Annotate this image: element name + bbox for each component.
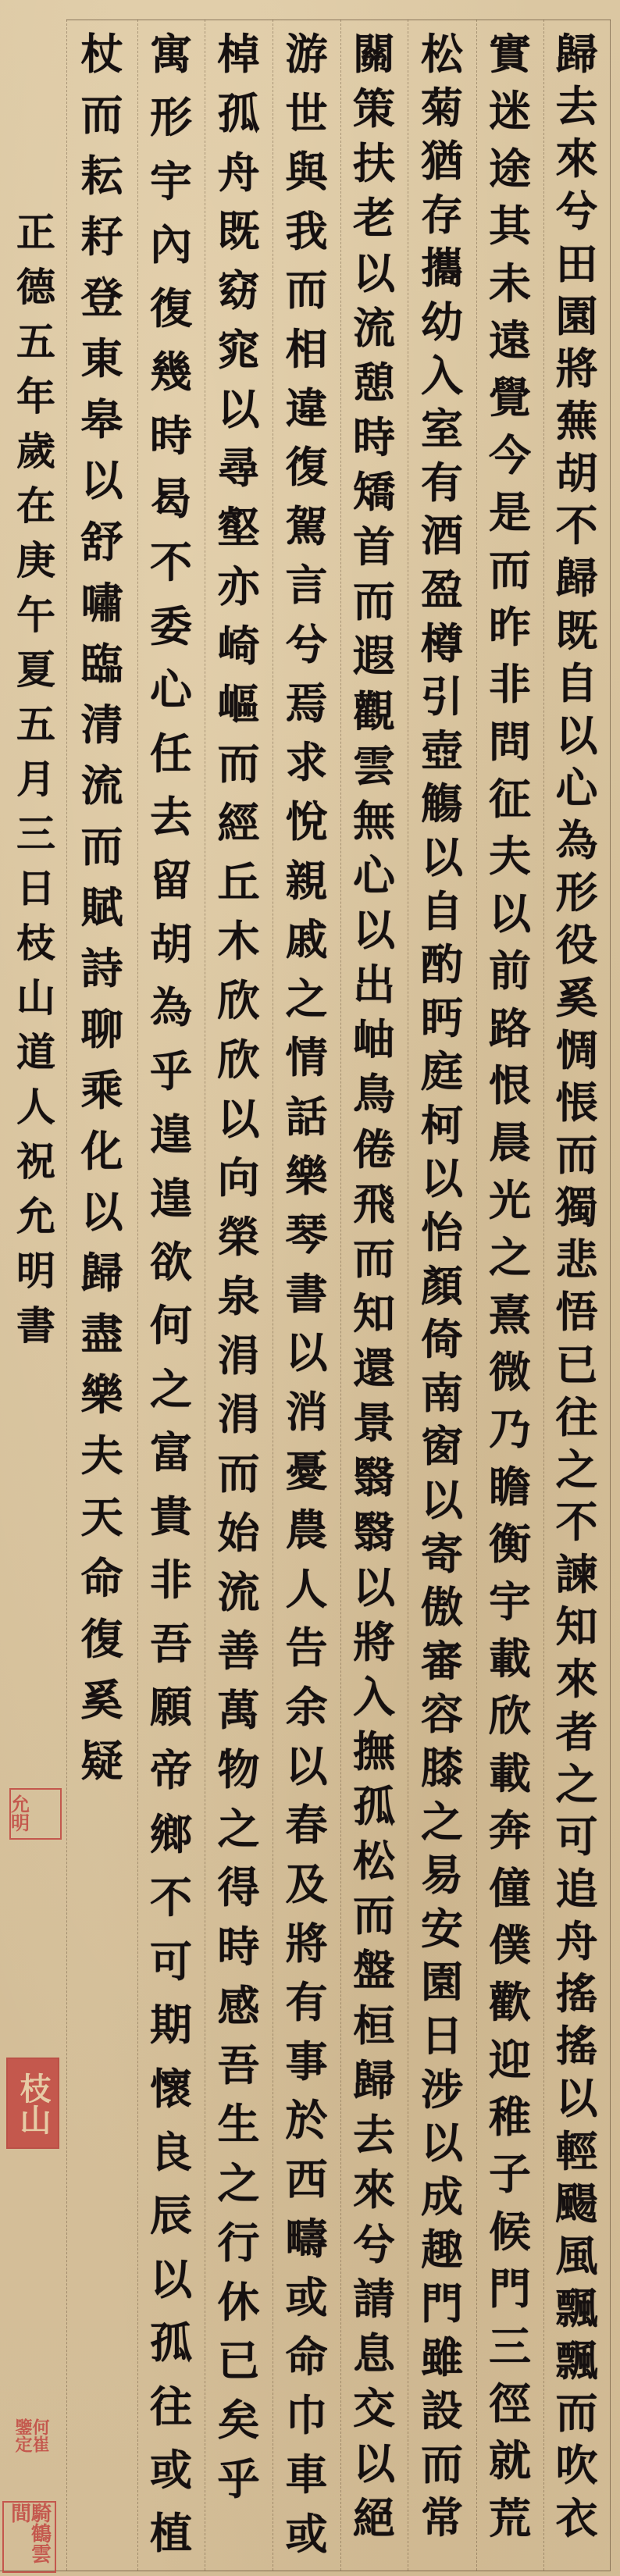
calligraphy-character: 獨 [556, 1186, 598, 1228]
calligraphy-character: 歲 [16, 432, 55, 471]
calligraphy-character: 春 [286, 1804, 328, 1846]
calligraphy-character: 委 [150, 605, 192, 647]
calligraphy-character: 寄 [421, 1533, 463, 1575]
calligraphy-character: 不 [150, 1876, 192, 1919]
calligraphy-character: 而 [81, 94, 123, 136]
calligraphy-character: 之 [218, 2162, 260, 2204]
calligraphy-character: 候 [489, 2211, 531, 2253]
calligraphy-character: 我 [286, 210, 328, 252]
calligraphy-character: 而 [353, 1238, 395, 1280]
calligraphy-character: 而 [218, 743, 260, 785]
calligraphy-character: 悲 [556, 1238, 598, 1281]
calligraphy-character: 已 [556, 1344, 598, 1386]
calligraphy-character: 舟 [218, 151, 260, 194]
calligraphy-character: 南 [421, 1372, 463, 1414]
calligraphy-character: 盤 [353, 1949, 395, 1991]
calligraphy-character: 化 [81, 1130, 123, 1172]
calligraphy-character: 之 [218, 1808, 260, 1850]
calligraphy-character: 消 [286, 1391, 328, 1433]
calligraphy-character: 有 [286, 1981, 328, 2023]
calligraphy-character: 東 [81, 337, 123, 379]
calligraphy-character: 松 [421, 33, 463, 75]
calligraphy-character: 雖 [421, 2336, 463, 2378]
calligraphy-character: 壑 [218, 506, 260, 548]
calligraphy-character: 入 [353, 1676, 395, 1718]
calligraphy-character: 心 [150, 668, 192, 711]
calligraphy-character: 棹 [218, 33, 260, 75]
calligraphy-character: 室 [421, 408, 463, 450]
calligraphy-character: 役 [556, 924, 598, 966]
calligraphy-character: 鳥 [353, 1073, 395, 1115]
calligraphy-character: 設 [421, 2389, 463, 2432]
calligraphy-character: 人 [286, 1568, 328, 1610]
calligraphy-character: 話 [286, 1096, 328, 1138]
calligraphy-character: 及 [286, 1863, 328, 1905]
seal-text: 何崔鑒定 [14, 2418, 48, 2460]
calligraphy-character: 路 [489, 1007, 531, 1049]
calligraphy-character: 書 [16, 1306, 55, 1345]
calligraphy-character: 良 [150, 2131, 192, 2173]
signature-column: 正德五年歲在庚午夏五月三日枝山道人祝允明書 [8, 213, 64, 1345]
calligraphy-character: 辰 [150, 2194, 192, 2236]
calligraphy-character: 已 [218, 2339, 260, 2382]
calligraphy-character: 丘 [218, 861, 260, 903]
calligraphy-character: 疇 [286, 2218, 328, 2260]
calligraphy-character: 可 [556, 1815, 598, 1858]
calligraphy-character: 常 [421, 2496, 463, 2539]
calligraphy-character: 胡 [556, 452, 598, 494]
calligraphy-character: 膝 [421, 1747, 463, 1789]
calligraphy-character: 者 [556, 1711, 598, 1753]
calligraphy-character: 流 [81, 764, 123, 807]
calligraphy-character: 疑 [81, 1740, 123, 1782]
calligraphy-character: 懷 [150, 2068, 192, 2110]
calligraphy-character: 問 [489, 721, 531, 763]
calligraphy-character: 形 [556, 871, 598, 914]
calligraphy-character: 之 [421, 1801, 463, 1843]
calligraphy-character: 窈 [218, 269, 260, 312]
calligraphy-character: 以 [421, 836, 463, 878]
calligraphy-character: 來 [556, 137, 598, 180]
calligraphy-character: 臨 [81, 643, 123, 685]
calligraphy-character: 道 [16, 1033, 55, 1072]
calligraphy-character: 聊 [81, 1008, 123, 1050]
calligraphy-character: 悟 [556, 1291, 598, 1333]
calligraphy-character: 奔 [489, 1809, 531, 1851]
calligraphy-character: 舟 [556, 1920, 598, 1962]
calligraphy-character: 清 [81, 704, 123, 746]
calligraphy-character: 易 [421, 1854, 463, 1896]
calligraphy-character: 以 [421, 2122, 463, 2164]
text-column-4: 關策扶老以流憩時矯首而遐觀雲無心以出岫鳥倦飛而知還景翳翳以將入撫孤松而盤桓歸去來… [340, 33, 408, 2539]
calligraphy-character: 吹 [556, 2444, 598, 2486]
calligraphy-character: 或 [150, 2449, 192, 2491]
calligraphy-character: 時 [150, 415, 192, 457]
seal-yunming: 允明 [9, 1788, 62, 1840]
calligraphy-character: 事 [286, 2040, 328, 2083]
calligraphy-character: 何 [150, 1304, 192, 1346]
calligraphy-character: 日 [16, 869, 55, 908]
calligraphy-character: 去 [353, 2114, 395, 2156]
calligraphy-character: 於 [286, 2099, 328, 2141]
calligraphy-character: 瞻 [489, 1466, 531, 1508]
calligraphy-character: 安 [421, 1908, 463, 1950]
calligraphy-character: 休 [218, 2281, 260, 2323]
calligraphy-character: 存 [421, 194, 463, 236]
calligraphy-character: 吾 [218, 2044, 260, 2086]
calligraphy-character: 復 [81, 1618, 123, 1660]
calligraphy-character: 寓 [150, 33, 192, 75]
calligraphy-character: 扶 [353, 142, 395, 184]
calligraphy-character: 以 [81, 459, 123, 501]
calligraphy-character: 非 [150, 1559, 192, 1601]
calligraphy-character: 游 [286, 33, 328, 75]
calligraphy-character: 搖 [556, 2025, 598, 2067]
calligraphy-character: 僮 [489, 1867, 531, 1909]
calligraphy-character: 惆 [556, 1029, 598, 1071]
calligraphy-character: 月 [16, 760, 55, 799]
calligraphy-character: 非 [489, 663, 531, 705]
calligraphy-character: 孤 [218, 92, 260, 134]
calligraphy-character: 乎 [218, 2458, 260, 2500]
calligraphy-character: 流 [218, 1571, 260, 1613]
calligraphy-character: 巾 [286, 2394, 328, 2436]
calligraphy-character: 皋 [81, 398, 123, 440]
calligraphy-character: 翳 [353, 1456, 395, 1498]
calligraphy-character: 知 [556, 1605, 598, 1648]
calligraphy-character: 歡 [489, 1981, 531, 2023]
calligraphy-character: 既 [218, 210, 260, 252]
calligraphy-character: 策 [353, 87, 395, 130]
calligraphy-character: 窗 [421, 1425, 463, 1467]
text-column-3: 松菊猶存攜幼入室有酒盈樽引壺觴以自酌眄庭柯以怡顏倚南窗以寄傲審容膝之易安園日涉以… [408, 33, 476, 2539]
calligraphy-character: 樂 [286, 1155, 328, 1197]
calligraphy-character: 既 [556, 610, 598, 652]
calligraphy-character: 乎 [150, 1050, 192, 1092]
calligraphy-character: 萬 [218, 1689, 260, 1731]
calligraphy-character: 將 [286, 1922, 328, 1965]
frame-bottom-rule [0, 2571, 611, 2571]
calligraphy-character: 情 [286, 1036, 328, 1078]
calligraphy-character: 以 [218, 388, 260, 430]
calligraphy-character: 尋 [218, 447, 260, 489]
calligraphy-character: 內 [150, 223, 192, 265]
calligraphy-character: 田 [556, 243, 598, 285]
calligraphy-character: 兮 [353, 2223, 395, 2265]
calligraphy-character: 言 [286, 564, 328, 606]
calligraphy-character: 善 [218, 1630, 260, 1672]
calligraphy-character: 途 [489, 148, 531, 190]
calligraphy-character: 景 [353, 1402, 395, 1444]
calligraphy-character: 吾 [150, 1623, 192, 1665]
calligraphy-character: 而 [353, 580, 395, 622]
calligraphy-character: 時 [218, 1926, 260, 1968]
calligraphy-character: 鄉 [150, 1813, 192, 1855]
calligraphy-character: 富 [150, 1431, 192, 1473]
calligraphy-character: 載 [489, 1752, 531, 1794]
calligraphy-character: 涓 [218, 1393, 260, 1435]
calligraphy-character: 往 [556, 1396, 598, 1438]
calligraphy-character: 園 [556, 295, 598, 337]
calligraphy-character: 飄 [556, 2287, 598, 2329]
calligraphy-character: 天 [81, 1496, 123, 1538]
calligraphy-character: 以 [353, 1566, 395, 1609]
calligraphy-character: 孤 [353, 1785, 395, 1827]
calligraphy-character: 形 [150, 96, 192, 138]
calligraphy-character: 之 [150, 1368, 192, 1410]
calligraphy-character: 向 [218, 1156, 260, 1199]
calligraphy-character: 五 [16, 322, 55, 362]
calligraphy-character: 復 [286, 446, 328, 488]
calligraphy-character: 窕 [218, 329, 260, 371]
calligraphy-character: 琴 [286, 1213, 328, 1256]
calligraphy-character: 歸 [556, 557, 598, 599]
calligraphy-character: 之 [556, 1763, 598, 1805]
text-column-2: 實迷途其未遠覺今是而昨非問征夫以前路恨晨光之熹微乃瞻衡宇載欣載奔僮僕歡迎稚子候門… [476, 33, 543, 2539]
calligraphy-character: 相 [286, 328, 328, 370]
calligraphy-character: 流 [353, 307, 395, 349]
calligraphy-character: 之 [489, 1236, 531, 1278]
calligraphy-character: 成 [421, 2175, 463, 2218]
calligraphy-character: 不 [556, 1501, 598, 1543]
calligraphy-character: 夫 [81, 1434, 123, 1477]
calligraphy-character: 榮 [218, 1216, 260, 1258]
calligraphy-character: 行 [218, 2221, 260, 2264]
seal-text: 枝山 [17, 2072, 48, 2135]
calligraphy-character: 實 [489, 33, 531, 75]
calligraphy-character: 在 [16, 486, 55, 526]
calligraphy-character: 時 [353, 416, 395, 458]
calligraphy-character: 詩 [81, 947, 123, 989]
calligraphy-character: 樂 [81, 1374, 123, 1416]
calligraphy-character: 歸 [556, 33, 598, 75]
calligraphy-character: 撫 [353, 1730, 395, 1773]
calligraphy-character: 悅 [286, 800, 328, 843]
calligraphy-character: 盡 [81, 1313, 123, 1355]
calligraphy-character: 明 [16, 1252, 55, 1291]
calligraphy-character: 而 [556, 2392, 598, 2434]
calligraphy-character: 之 [556, 1448, 598, 1491]
calligraphy-character: 審 [421, 1640, 463, 1682]
calligraphy-character: 夫 [489, 835, 531, 877]
calligraphy-character: 飛 [353, 1183, 395, 1225]
calligraphy-character: 三 [489, 2325, 531, 2368]
calligraphy-character: 以 [421, 1479, 463, 1521]
calligraphy-character: 駕 [286, 505, 328, 547]
calligraphy-character: 昨 [489, 606, 531, 648]
calligraphy-character: 眄 [421, 997, 463, 1039]
calligraphy-character: 以 [286, 1745, 328, 1787]
calligraphy-character: 允 [16, 1197, 55, 1236]
calligraphy-character: 欣 [218, 979, 260, 1021]
calligraphy-character: 門 [489, 2268, 531, 2310]
calligraphy-character: 出 [353, 964, 395, 1006]
calligraphy-character: 生 [218, 2103, 260, 2145]
calligraphy-character: 與 [286, 151, 328, 193]
calligraphy-character: 歸 [81, 1252, 123, 1294]
calligraphy-character: 亦 [218, 565, 260, 607]
calligraphy-character: 枝 [16, 924, 55, 963]
calligraphy-character: 舒 [81, 521, 123, 563]
calligraphy-character: 知 [353, 1292, 395, 1334]
calligraphy-character: 留 [150, 859, 192, 901]
calligraphy-character: 而 [556, 1134, 598, 1176]
calligraphy-character: 荒 [489, 2497, 531, 2539]
calligraphy-character: 今 [489, 434, 531, 476]
calligraphy-character: 柯 [421, 1104, 463, 1146]
calligraphy-character: 曷 [150, 478, 192, 520]
calligraphy-character: 熹 [489, 1294, 531, 1336]
calligraphy-character: 幼 [421, 301, 463, 343]
calligraphy-character: 而 [286, 269, 328, 311]
calligraphy-character: 以 [556, 2077, 598, 2119]
calligraphy-character: 孤 [150, 2321, 192, 2364]
calligraphy-character: 三 [16, 814, 55, 853]
calligraphy-character: 五 [16, 705, 55, 744]
calligraphy-character: 以 [353, 252, 395, 294]
calligraphy-character: 庚 [16, 541, 55, 580]
calligraphy-character: 欲 [150, 1241, 192, 1283]
calligraphy-character: 老 [353, 197, 395, 239]
calligraphy-character: 耘 [81, 155, 123, 197]
calligraphy-character: 心 [353, 854, 395, 896]
calligraphy-character: 倦 [353, 1128, 395, 1170]
calligraphy-character: 顏 [421, 1265, 463, 1307]
calligraphy-character: 始 [218, 1512, 260, 1554]
calligraphy-character: 農 [286, 1509, 328, 1551]
calligraphy-character: 傲 [421, 1586, 463, 1628]
calligraphy-character: 飄 [556, 2339, 598, 2382]
calligraphy-character: 衣 [556, 2497, 598, 2539]
calligraphy-character: 西 [286, 2158, 328, 2200]
calligraphy-character: 胡 [150, 923, 192, 965]
calligraphy-character: 登 [81, 276, 123, 319]
calligraphy-character: 歸 [353, 2059, 395, 2101]
calligraphy-character: 嶇 [218, 683, 260, 725]
calligraphy-character: 年 [16, 377, 55, 416]
calligraphy-character: 宇 [489, 1580, 531, 1623]
calligraphy-character: 感 [218, 1985, 260, 2027]
calligraphy-character: 戚 [286, 918, 328, 960]
calligraphy-character: 雲 [353, 745, 395, 787]
calligraphy-character: 趣 [421, 2229, 463, 2271]
calligraphy-character: 午 [16, 596, 55, 635]
calligraphy-character: 遐 [353, 635, 395, 677]
calligraphy-character: 欣 [218, 1039, 260, 1081]
calligraphy-character: 物 [218, 1748, 260, 1790]
calligraphy-character: 賦 [81, 886, 123, 928]
calligraphy-character: 人 [16, 1088, 55, 1127]
calligraphy-character: 以 [353, 2442, 395, 2485]
calligraphy-character: 告 [286, 1626, 328, 1669]
calligraphy-character: 覺 [489, 376, 531, 419]
calligraphy-character: 松 [353, 1840, 395, 1882]
calligraphy-character: 諫 [556, 1553, 598, 1595]
calligraphy-character: 遠 [489, 319, 531, 362]
calligraphy-character: 容 [421, 1693, 463, 1735]
calligraphy-character: 門 [421, 2282, 463, 2325]
calligraphy-character: 貴 [150, 1495, 192, 1537]
calligraphy-character: 稚 [489, 2096, 531, 2138]
seal-collector: 何崔鑒定 [10, 2418, 52, 2460]
calligraphy-character: 經 [218, 802, 260, 844]
calligraphy-character: 遑 [150, 1113, 192, 1156]
calligraphy-character: 以 [489, 893, 531, 935]
calligraphy-character: 正 [16, 213, 55, 252]
calligraphy-character: 征 [489, 778, 531, 820]
calligraphy-character: 有 [421, 461, 463, 504]
seal-collector-large: 騎鶴雲間 [2, 2501, 56, 2573]
seal-text: 允明 [11, 1795, 36, 1833]
calligraphy-character: 就 [489, 2439, 531, 2482]
calligraphy-character: 而 [421, 2443, 463, 2485]
calligraphy-character: 觀 [353, 690, 395, 732]
calligraphy-character: 以 [556, 714, 598, 757]
calligraphy-character: 還 [353, 1347, 395, 1389]
calligraphy-character: 去 [150, 796, 192, 838]
calligraphy-character: 德 [16, 268, 55, 307]
calligraphy-character: 而 [81, 825, 123, 868]
calligraphy-character: 矯 [353, 471, 395, 513]
calligraphy-character: 徑 [489, 2382, 531, 2425]
calligraphy-character: 不 [150, 541, 192, 583]
calligraphy-scroll: 歸去來兮田園將蕪胡不歸既自以心為形役奚惆悵而獨悲悟已往之不諫知來者之可追舟搖搖以… [0, 0, 620, 2576]
calligraphy-character: 任 [150, 732, 192, 775]
calligraphy-character: 為 [150, 986, 192, 1028]
calligraphy-character: 奚 [81, 1679, 123, 1721]
calligraphy-character: 來 [353, 2168, 395, 2211]
calligraphy-character: 以 [286, 1331, 328, 1374]
calligraphy-character: 而 [489, 549, 531, 591]
calligraphy-character: 無 [353, 800, 395, 842]
calligraphy-character: 光 [489, 1179, 531, 1221]
seal-zhishan: 枝山 [6, 2058, 59, 2149]
calligraphy-character: 將 [556, 347, 598, 390]
calligraphy-character: 衡 [489, 1523, 531, 1565]
calligraphy-character: 違 [286, 387, 328, 429]
calligraphy-character: 酌 [421, 943, 463, 985]
calligraphy-character: 桓 [353, 2004, 395, 2047]
calligraphy-character: 心 [556, 767, 598, 809]
calligraphy-character: 涓 [218, 1334, 260, 1377]
calligraphy-character: 其 [489, 205, 531, 247]
calligraphy-character: 恨 [489, 1064, 531, 1106]
calligraphy-character: 首 [353, 526, 395, 568]
calligraphy-character: 以 [353, 909, 395, 951]
calligraphy-character: 余 [286, 1686, 328, 1728]
calligraphy-character: 觴 [421, 782, 463, 825]
calligraphy-character: 可 [150, 1940, 192, 1983]
calligraphy-character: 願 [150, 1686, 192, 1728]
calligraphy-character: 前 [489, 950, 531, 992]
calligraphy-character: 晨 [489, 1121, 531, 1163]
calligraphy-character: 木 [218, 920, 260, 962]
calligraphy-character: 命 [81, 1557, 123, 1599]
calligraphy-character: 涉 [421, 2068, 463, 2111]
calligraphy-character: 載 [489, 1637, 531, 1680]
calligraphy-character: 猶 [421, 140, 463, 182]
calligraphy-character: 岫 [353, 1018, 395, 1060]
calligraphy-character: 以 [150, 2258, 192, 2300]
calligraphy-character: 日 [421, 2015, 463, 2057]
calligraphy-character: 期 [150, 2004, 192, 2046]
calligraphy-character: 迷 [489, 90, 531, 132]
calligraphy-character: 怡 [421, 1211, 463, 1253]
calligraphy-character: 耔 [81, 216, 123, 258]
calligraphy-character: 壺 [421, 729, 463, 771]
frame-top-rule [66, 20, 611, 20]
calligraphy-character: 為 [556, 819, 598, 861]
